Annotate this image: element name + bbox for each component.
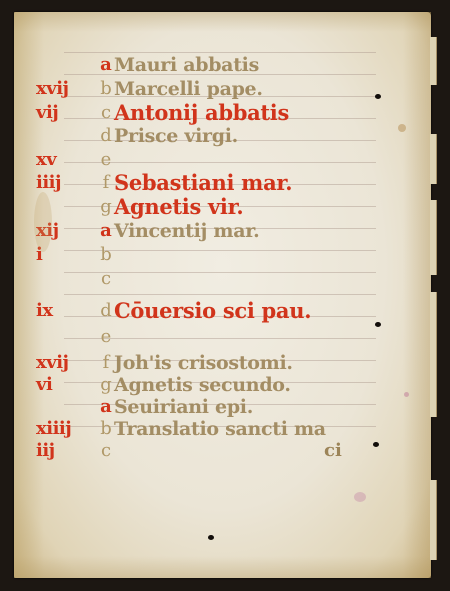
calendar-row: vi g Agnetis secundo.	[14, 374, 431, 396]
leaf-edge-fragment	[430, 292, 437, 417]
saint-entry: Cōuersio sci pau.	[114, 300, 311, 322]
calendar-row: xvij b Marcelli pape.	[14, 78, 431, 100]
dominical-letter: g	[96, 374, 116, 396]
margin-note: ci	[324, 440, 342, 462]
golden-number: ix	[36, 300, 98, 322]
dominical-letter: b	[96, 244, 116, 266]
ruling-line	[64, 52, 376, 53]
leaf-edge-fragment	[430, 134, 437, 184]
saint-entry: Marcelli pape.	[114, 78, 263, 100]
stain	[404, 392, 409, 397]
dominical-letter: g	[96, 196, 116, 218]
dominical-letter: b	[96, 78, 116, 100]
dominical-letter: a	[96, 220, 116, 242]
prick-hole	[375, 322, 381, 327]
dominical-letter: a	[96, 54, 116, 76]
saint-entry: Mauri abbatis	[114, 54, 259, 76]
golden-number: vi	[36, 374, 98, 396]
saint-entry: Agnetis secundo.	[114, 374, 291, 396]
calendar-row: a Mauri abbatis	[14, 54, 431, 76]
golden-number: iiij	[36, 172, 98, 194]
dominical-letter: f	[96, 172, 116, 194]
golden-number: vij	[36, 102, 98, 124]
calendar-row: iij c	[14, 440, 431, 462]
stain	[398, 124, 406, 132]
golden-number: xv	[36, 149, 98, 171]
calendar-row: iiij f Sebastiani mar.	[14, 172, 431, 194]
stain	[354, 492, 366, 502]
stain	[34, 192, 52, 252]
golden-number: xiiij	[36, 418, 98, 440]
calendar-row: xiiij b Translatio sancti ma	[14, 418, 431, 440]
saint-entry: Seuiriani epi.	[114, 396, 253, 418]
dominical-letter: d	[96, 125, 116, 147]
calendar-row: d Prisce virgi.	[14, 125, 431, 147]
dominical-letter: a	[96, 396, 116, 418]
calendar-row: xij a Vincentij mar.	[14, 220, 431, 242]
calendar-row: c	[14, 268, 431, 290]
leaf-edge-fragment	[430, 37, 437, 85]
calendar-row: xvij f Joh'is crisostomi.	[14, 352, 431, 374]
saint-entry: Agnetis vir.	[114, 196, 243, 218]
prick-hole	[375, 94, 381, 99]
saint-entry: Antonij abbatis	[114, 102, 289, 124]
calendar-row: vij c Antonij abbatis	[14, 102, 431, 124]
dominical-letter: f	[96, 352, 116, 374]
golden-number: iij	[36, 440, 98, 462]
calendar-row: ix d Cōuersio sci pau.	[14, 300, 431, 322]
dominical-letter: c	[96, 268, 116, 290]
leaf-edge-fragment	[430, 480, 437, 560]
dominical-letter: e	[96, 326, 116, 348]
calendar-row: e	[14, 326, 431, 348]
saint-entry: Joh'is crisostomi.	[114, 352, 293, 374]
golden-number: xvij	[36, 352, 98, 374]
calendar-row: xv e	[14, 149, 431, 171]
dominical-letter: c	[96, 102, 116, 124]
saint-entry: Prisce virgi.	[114, 125, 238, 147]
saint-entry: Sebastiani mar.	[114, 172, 292, 194]
saint-entry: Vincentij mar.	[114, 220, 260, 242]
calendar-row: i b	[14, 244, 431, 266]
saint-entry: Translatio sancti ma	[114, 418, 326, 440]
prick-hole	[208, 535, 214, 540]
golden-number: xvij	[36, 78, 98, 100]
dominical-letter: e	[96, 149, 116, 171]
prick-hole	[373, 442, 379, 447]
ruling-line	[64, 294, 376, 295]
leaf-edge-fragment	[430, 200, 437, 275]
calendar-row: g Agnetis vir.	[14, 196, 431, 218]
dominical-letter: b	[96, 418, 116, 440]
dominical-letter: c	[96, 440, 116, 462]
calendar-row: a Seuiriani epi.	[14, 396, 431, 418]
manuscript-leaf: a Mauri abbatis xvij b Marcelli pape. vi…	[14, 12, 431, 578]
dominical-letter: d	[96, 300, 116, 322]
